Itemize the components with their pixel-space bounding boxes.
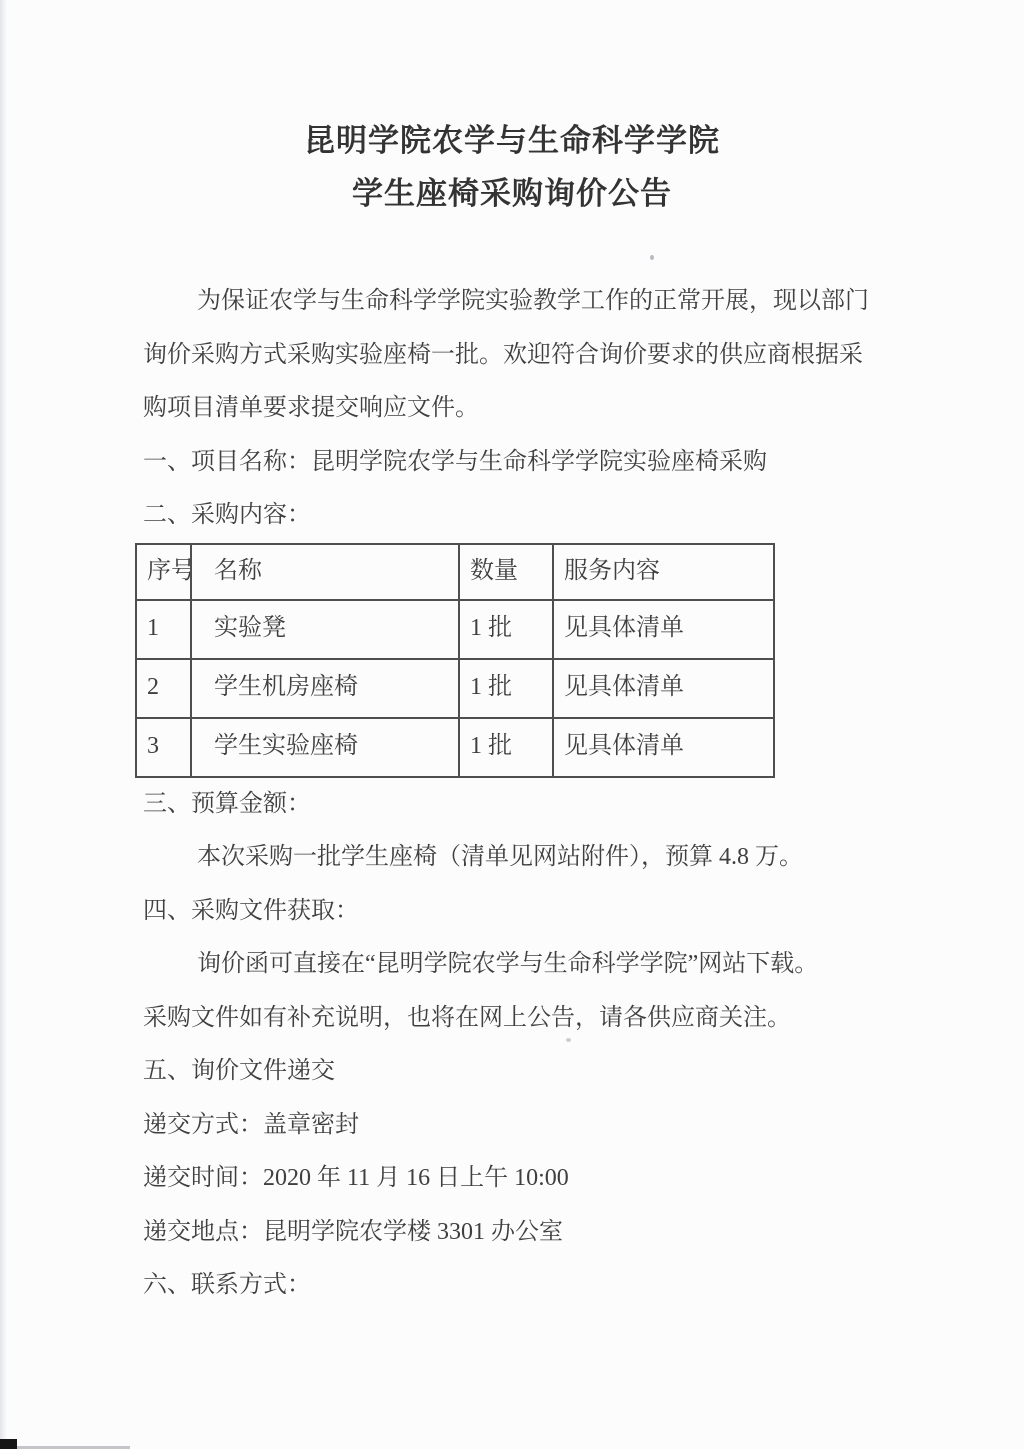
table-row: 3 学生实验座椅 1 批 见具体清单 [136,718,774,777]
table-cell: 1 批 [459,600,553,659]
section-document-acquisition: 四、采购文件获取： [143,885,881,939]
table-header-cell: 服务内容 [553,544,774,600]
title-line-2: 学生座椅采购询价公告 [0,167,1024,220]
acquisition-detail-1: 询价函可直接在“昆明学院农学与生命科学学院”网站下载。 [143,938,881,992]
table-row: 1 实验凳 1 批 见具体清单 [136,600,774,659]
table-cell: 见具体清单 [553,718,774,777]
submission-method: 递交方式：盖章密封 [143,1099,881,1153]
intro-line-2: 询价采购方式采购实验座椅一批。欢迎符合询价要求的供应商根据采 [143,329,881,383]
title-line-1: 昆明学院农学与生命科学学院 [0,114,1024,167]
document-title: 昆明学院农学与生命科学学院 学生座椅采购询价公告 [0,114,1024,220]
submission-location: 递交地点：昆明学院农学楼 3301 办公室 [143,1206,881,1260]
table-cell: 学生实验座椅 [191,718,459,777]
table-cell: 见具体清单 [553,600,774,659]
budget-detail: 本次采购一批学生座椅（清单见网站附件），预算 4.8 万。 [143,831,881,885]
section-submission: 五、询价文件递交 [143,1045,881,1099]
section-project-name: 一、项目名称：昆明学院农学与生命科学学院实验座椅采购 [143,436,881,490]
table-cell: 实验凳 [191,600,459,659]
table-cell: 1 批 [459,718,553,777]
table-header-cell: 序号 [136,544,191,600]
table-cell: 2 [136,659,191,718]
table-row: 2 学生机房座椅 1 批 见具体清单 [136,659,774,718]
table-header-cell: 名称 [191,544,459,600]
scanned-document-page: 昆明学院农学与生命科学学院 学生座椅采购询价公告 为保证农学与生命科学学院实验教… [0,0,1024,1449]
scan-corner-mark [0,1439,17,1449]
scan-speck [650,255,654,260]
table-cell: 学生机房座椅 [191,659,459,718]
table-cell: 1 [136,600,191,659]
intro-line-3: 购项目清单要求提交响应文件。 [143,382,881,436]
intro-line-1: 为保证农学与生命科学学院实验教学工作的正常开展，现以部门 [143,275,881,329]
table-cell: 1 批 [459,659,553,718]
table-header-cell: 数量 [459,544,553,600]
section-budget: 三、预算金额： [143,778,881,832]
table-cell: 见具体清单 [553,659,774,718]
document-body: 为保证农学与生命科学学院实验教学工作的正常开展，现以部门 询价采购方式采购实验座… [143,275,881,1313]
scan-speck [566,1038,571,1042]
submission-time: 递交时间：2020 年 11 月 16 日上午 10:00 [143,1152,881,1206]
acquisition-detail-2: 采购文件如有补充说明，也将在网上公告，请各供应商关注。 [143,992,881,1046]
section-contact: 六、联系方式： [143,1259,881,1313]
table-cell: 3 [136,718,191,777]
section-procurement-content: 二、采购内容： [143,489,881,543]
procurement-items-table: 序号 名称 数量 服务内容 1 实验凳 1 批 见具体清单 2 学生机房座椅 1… [135,543,775,778]
table-header-row: 序号 名称 数量 服务内容 [136,544,774,600]
